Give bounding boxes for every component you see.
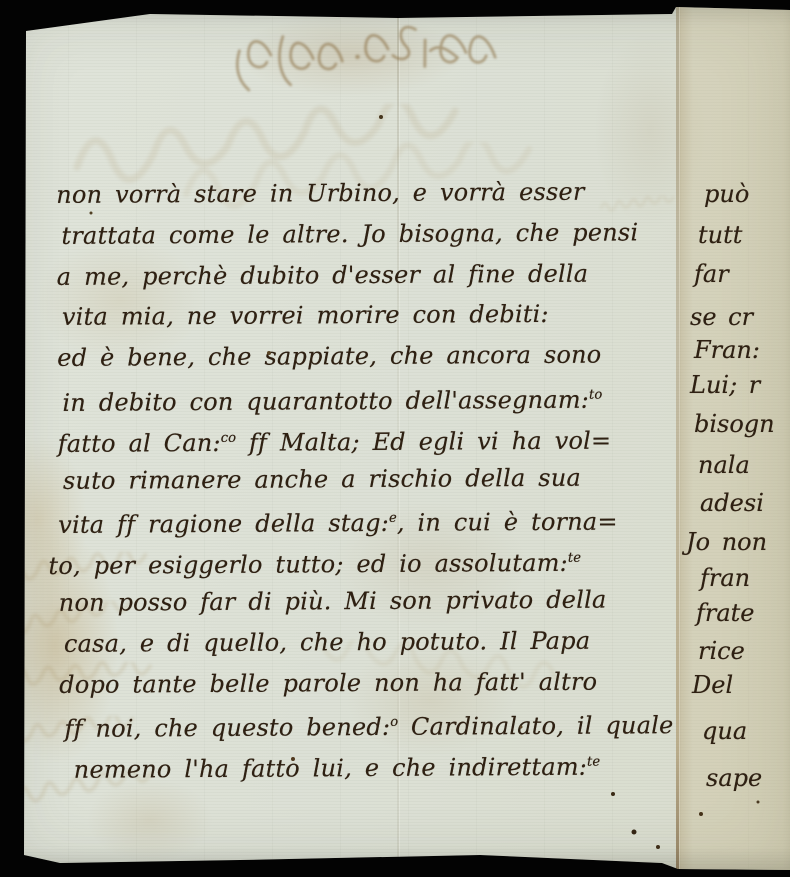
manuscript-text-block: non vorrà stare in Urbino, e vorrà esser…: [56, 174, 682, 790]
facing-page-line-fragment: frate: [696, 599, 755, 627]
manuscript-line: casa, e di quello, che ho potuto. Il Pap…: [59, 623, 681, 668]
manuscript-line: ed è bene, che sappiate, che ancora sono: [57, 337, 679, 382]
facing-page-line-fragment: far: [694, 260, 729, 288]
manuscript-line: nemeno l'ha fatto lui, e che indirettam:…: [60, 745, 682, 790]
facing-page-line-fragment: rice: [698, 637, 745, 665]
ink-specks: [0, 0, 2, 2]
manuscript-line: suto rimanere anche a rischio della sua: [58, 460, 680, 505]
facing-page-line-fragment: Jo non: [686, 528, 767, 556]
facing-page-line-fragment: qua: [702, 717, 747, 745]
facing-page-line-fragment: sape: [706, 764, 762, 792]
facing-page-line-fragment: adesi: [700, 489, 764, 517]
letter-page: non vorrà stare in Urbino, e vorrà esser…: [0, 0, 790, 877]
facing-page-line-fragment: se cr: [690, 303, 753, 331]
facing-page-line-fragment: bisogn: [694, 410, 775, 438]
manuscript-line: to, per esiggerlo tutto; ed io assolutam…: [58, 541, 680, 586]
manuscript-line: vita mia, ne vorrei morire con debiti:: [57, 296, 679, 341]
manuscript-line: vita ff ragione della stag:e, in cui è t…: [58, 500, 680, 545]
facing-page-line-fragment: Del: [692, 671, 733, 699]
manuscript-line: in debito con quarantotto dell'assegnam:…: [57, 378, 679, 423]
scan-background: non vorrà stare in Urbino, e vorrà esser…: [0, 0, 790, 877]
manuscript-line: non posso far di più. Mi son privato del…: [59, 582, 681, 627]
manuscript-line: trattata come le altre. Jo bisogna, che …: [56, 215, 678, 260]
manuscript-line: a me, perchè dubito d'esser al fine dell…: [57, 256, 679, 301]
manuscript-line: non vorrà stare in Urbino, e vorrà esser: [56, 174, 678, 219]
facing-page-line-fragment: nala: [698, 451, 750, 479]
facing-page-line-fragment: può: [704, 180, 749, 208]
facing-page-line-fragment: Lui; r: [690, 371, 760, 399]
manuscript-line: dopo tante belle parole non ha fatt' alt…: [59, 664, 681, 709]
facing-page-line-fragment: fran: [700, 564, 750, 592]
facing-page-line-fragment: Fran:: [694, 336, 760, 364]
facing-page-line-fragment: tutt: [698, 221, 742, 249]
manuscript-line: fatto al Can:co ff Malta; Ed egli vi ha …: [58, 419, 680, 464]
ink-bleedthrough-inscription-icon: [213, 12, 517, 95]
manuscript-line: ff noi, che questo bened:o Cardinalato, …: [59, 704, 681, 749]
facing-page-surface: [679, 0, 790, 877]
